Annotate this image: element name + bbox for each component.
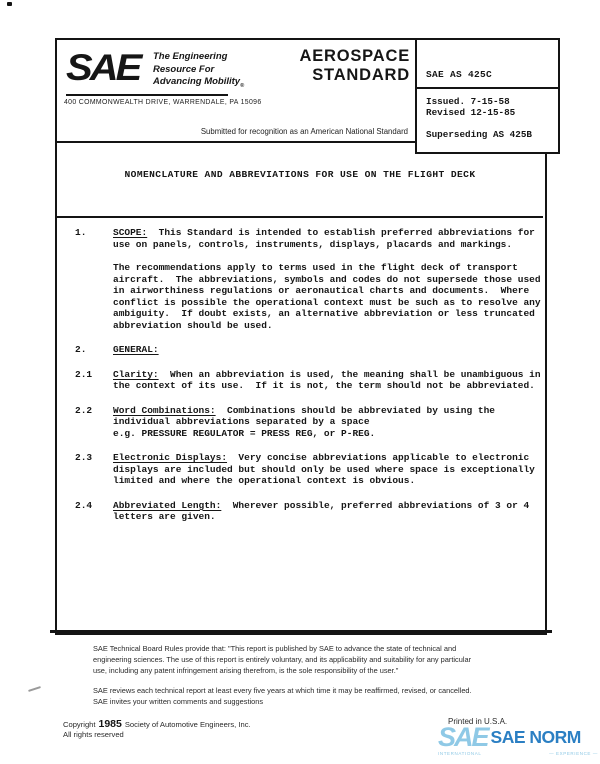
section-scope: 1. SCOPE: This Standard is intended to e…	[75, 227, 545, 331]
copyright-year: 1985	[99, 718, 122, 730]
tagline-line: The Engineering	[153, 51, 244, 64]
doc-type-line: AEROSPACE	[288, 47, 410, 66]
section-text: Electronic Displays: Very concise abbrev…	[113, 452, 545, 487]
standard-number: SAE AS 425C	[417, 40, 558, 89]
document-title: NOMENCLATURE AND ABBREVIATIONS FOR USE O…	[57, 169, 543, 180]
section-abbreviated-length: 2.4 Abbreviated Length: Wherever possibl…	[75, 500, 545, 523]
revised-date: Revised 12-15-85	[426, 107, 558, 118]
watermark-subtext-left: INTERNATIONAL	[438, 751, 481, 756]
copyright-line: Copyright1985Society of Automotive Engin…	[63, 718, 251, 730]
section-number: 2.3	[75, 452, 113, 487]
copyright-holder: Society of Automotive Engineers, Inc.	[125, 720, 251, 729]
sae-norm-watermark: SAE SAE NORM INTERNATIONAL — EXPERIENCE …	[438, 724, 598, 756]
section-text: SCOPE: This Standard is intended to esta…	[113, 227, 545, 331]
publisher-address: 400 COMMONWEALTH DRIVE, WARRENDALE, PA 1…	[64, 99, 262, 106]
issued-date: Issued. 7-15-58	[426, 96, 558, 107]
document-body: 1. SCOPE: This Standard is intended to e…	[75, 227, 545, 536]
tagline-line: Resource For	[153, 64, 244, 77]
section-number: 2.2	[75, 405, 113, 440]
rights-reserved-note: All rights reserved	[63, 730, 124, 739]
pencil-mark-artifact	[28, 686, 41, 692]
header-divider-line	[57, 141, 415, 143]
section-electronic-displays: 2.3 Electronic Displays: Very concise ab…	[75, 452, 545, 487]
section-general: 2. GENERAL:	[75, 344, 545, 356]
logo-tagline: The Engineering Resource For Advancing M…	[153, 51, 244, 92]
section-text: Clarity: When an abbreviation is used, t…	[113, 369, 545, 392]
ansi-submission-note: Submitted for recognition as an American…	[145, 127, 408, 136]
section-heading: Electronic Displays:	[113, 452, 227, 463]
section-heading: GENERAL:	[113, 344, 159, 355]
section-number: 2.4	[75, 500, 113, 523]
sae-logo: SAE	[66, 50, 139, 87]
scope-paragraph-2: The recommendations apply to terms used …	[113, 262, 545, 331]
title-divider-line	[57, 216, 543, 218]
logo-underline-rule	[66, 94, 228, 96]
doc-type-line: STANDARD	[288, 66, 410, 85]
copyright-label: Copyright	[63, 720, 96, 729]
tagline-line: Advancing Mobility®	[153, 76, 244, 92]
document-page: SAE The Engineering Resource For Advanci…	[0, 0, 600, 764]
section-text: GENERAL:	[113, 344, 545, 356]
section-word-combinations: 2.2 Word Combinations: Combinations shou…	[75, 405, 545, 440]
footer-divider-rule	[50, 630, 552, 633]
section-number: 1.	[75, 227, 113, 331]
section-heading: Word Combinations:	[113, 405, 216, 416]
board-rules-note: SAE Technical Board Rules provide that: …	[93, 644, 538, 676]
section-heading: Abbreviated Length:	[113, 500, 221, 511]
review-policy-note: SAE reviews each technical report at lea…	[93, 686, 538, 708]
watermark-subtext-right: — EXPERIENCE —	[549, 751, 598, 756]
section-clarity: 2.1 Clarity: When an abbreviation is use…	[75, 369, 545, 392]
revision-history: Issued. 7-15-58 Revised 12-15-85 Superse…	[417, 89, 558, 140]
section-number: 2.	[75, 344, 113, 356]
sae-norm-wordmark: SAE NORM	[491, 727, 581, 748]
section-heading: Clarity:	[113, 369, 159, 380]
section-heading: SCOPE:	[113, 227, 147, 238]
watermark-subtext: INTERNATIONAL — EXPERIENCE —	[438, 751, 598, 756]
section-text: Abbreviated Length: Wherever possible, p…	[113, 500, 545, 523]
registered-mark: ®	[240, 83, 244, 89]
section-text: Word Combinations: Combinations should b…	[113, 405, 545, 440]
superseding-note: Superseding AS 425B	[426, 129, 558, 140]
section-number: 2.1	[75, 369, 113, 392]
document-type-heading: AEROSPACE STANDARD	[288, 47, 410, 85]
scan-artifact-dot	[7, 2, 12, 6]
sae-watermark-logo: SAE	[438, 724, 488, 751]
standard-info-box: SAE AS 425C Issued. 7-15-58 Revised 12-1…	[415, 38, 560, 154]
